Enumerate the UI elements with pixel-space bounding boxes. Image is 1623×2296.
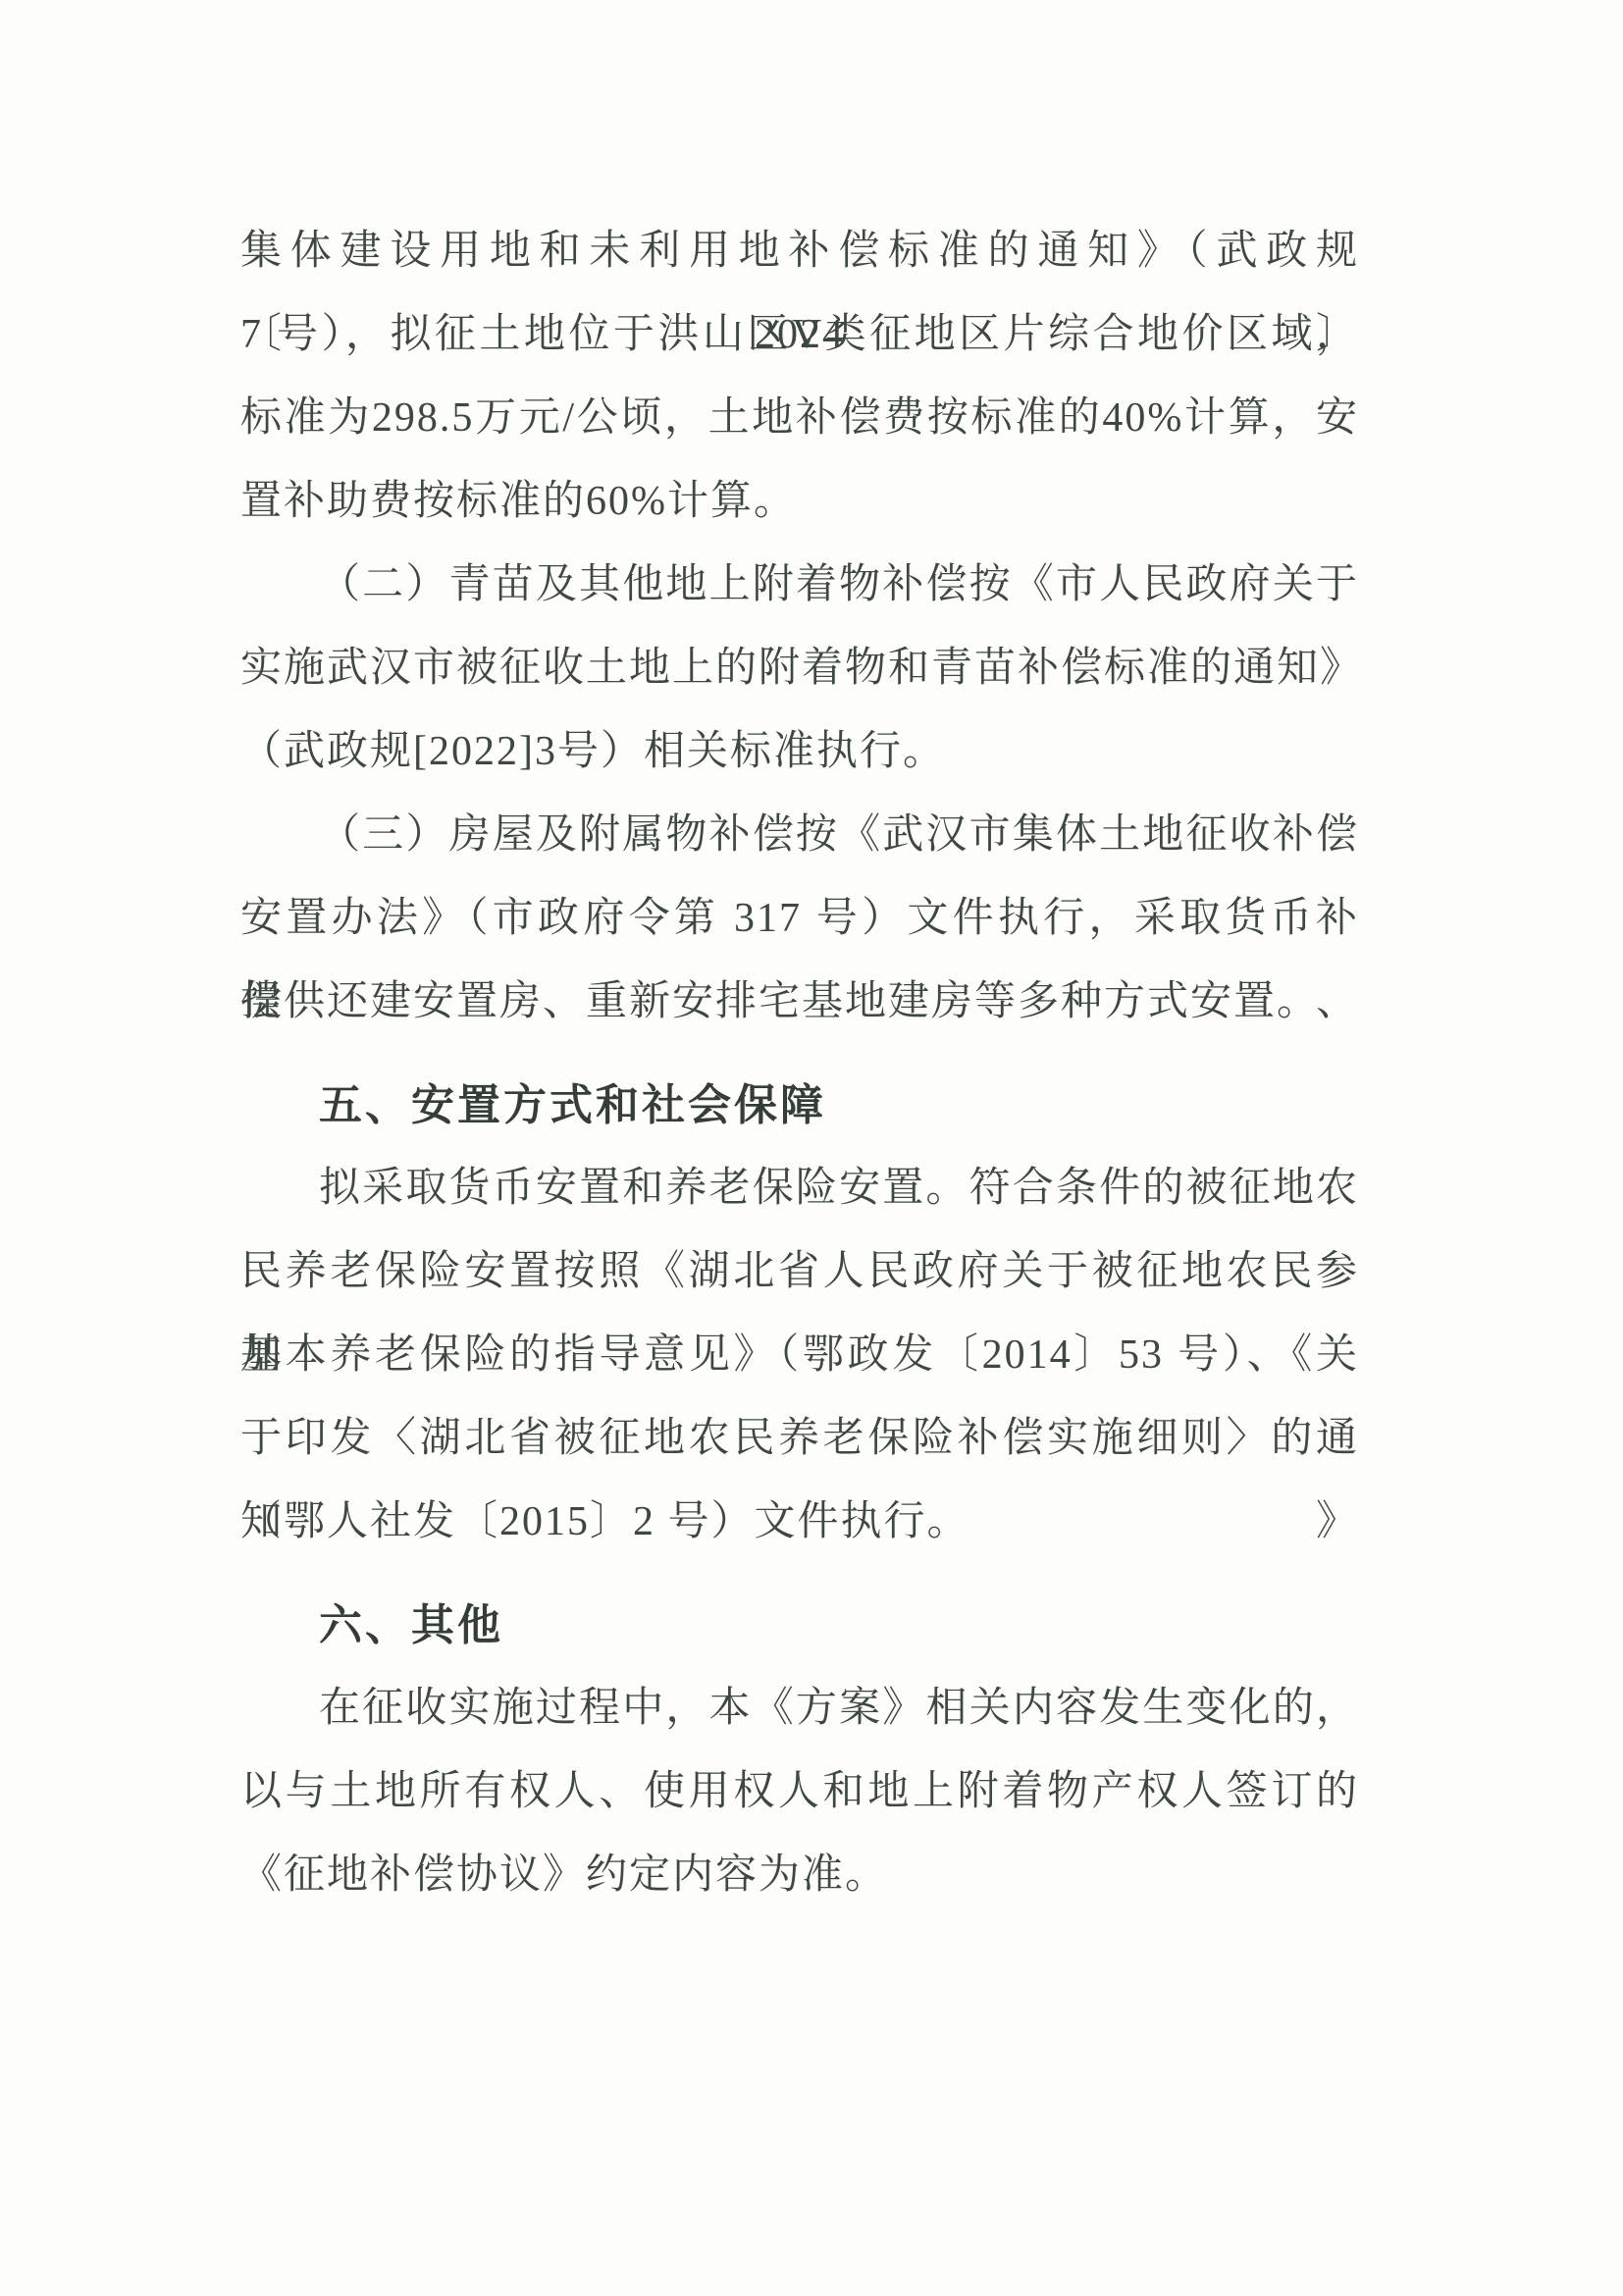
text-block: 集体建设用地和未利用地补偿标准的通知》（武政规〔2024〕7 号），拟征土地位于… — [240, 210, 1359, 1917]
section-heading-1: 五、安置方式和社会保障 — [240, 1064, 1359, 1147]
text-line-20: 《征地补偿协议》约定内容为准。 — [240, 1834, 1359, 1917]
text-line-2: 7 号），拟征土地位于洪山区V类征地区片综合地价区域， — [240, 293, 1359, 377]
text-line-8: （三）房屋及附属物补偿按《武汉市集体土地征收补偿 — [240, 794, 1359, 877]
text-line-4: 置补助费按标准的60%计算。 — [240, 460, 1359, 544]
text-line-10: 提供还建安置房、重新安排宅基地建房等多种方式安置。 — [240, 961, 1359, 1044]
text-line-7: （武政规[2022]3号）相关标准执行。 — [240, 710, 1359, 794]
document-page: 集体建设用地和未利用地补偿标准的通知》（武政规〔2024〕7 号），拟征土地位于… — [0, 0, 1623, 2296]
text-line-13: 民养老保险安置按照《湖北省人民政府关于被征地农民参加 — [240, 1230, 1359, 1314]
text-line-19: 以与土地所有权人、使用权人和地上附着物产权人签订的 — [240, 1750, 1359, 1834]
text-line-1: 集体建设用地和未利用地补偿标准的通知》（武政规〔2024〕 — [240, 210, 1359, 293]
text-line-15: 于印发〈湖北省被征地农民养老保险补偿实施细则〉的通知》 — [240, 1397, 1359, 1481]
text-line-9: 安置办法》（市政府令第 317 号）文件执行，采取货币补偿、 — [240, 877, 1359, 961]
text-line-5: （二）青苗及其他地上附着物补偿按《市人民政府关于 — [240, 544, 1359, 627]
section-heading-2: 六、其他 — [240, 1584, 1359, 1667]
text-line-14: 基本养老保险的指导意见》（鄂政发〔2014〕53 号）、《关 — [240, 1314, 1359, 1397]
text-line-12: 拟采取货币安置和养老保险安置。符合条件的被征地农 — [240, 1147, 1359, 1230]
text-line-18: 在征收实施过程中，本《方案》相关内容发生变化的， — [240, 1667, 1359, 1750]
text-line-3: 标准为298.5万元/公顷，土地补偿费按标准的40%计算，安 — [240, 377, 1359, 460]
text-line-6: 实施武汉市被征收土地上的附着物和青苗补偿标准的通知》 — [240, 627, 1359, 710]
